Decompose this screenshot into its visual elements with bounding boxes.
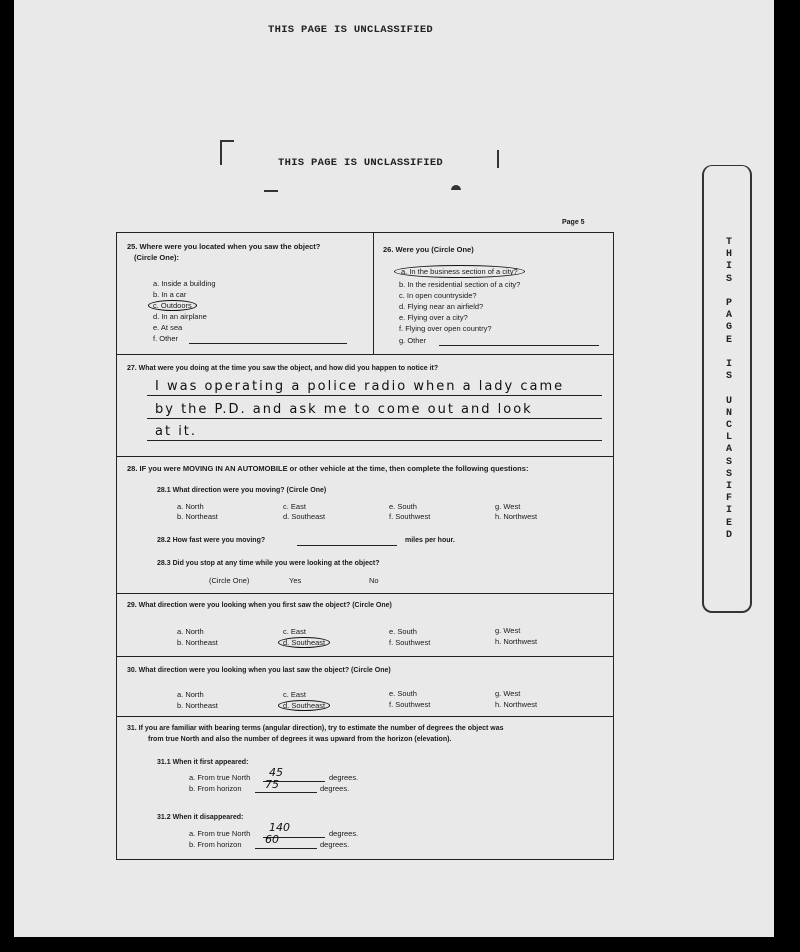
vertical-stamp-letter: P — [722, 298, 736, 310]
q28-3-option-yes[interactable]: Yes — [289, 576, 301, 585]
q25-option-f[interactable]: f. Other — [153, 334, 178, 343]
section-q30: 30. What direction were you looking when… — [117, 657, 613, 717]
scan-border-bottom — [0, 937, 800, 952]
q25-subtitle: (Circle One): — [134, 253, 179, 262]
q26-option-c[interactable]: c. In open countryside? — [399, 291, 477, 300]
q29-title: 29. What direction were you looking when… — [127, 602, 392, 609]
q31-1-north-label: a. From true North — [189, 773, 250, 782]
vertical-stamp-letter: E — [722, 518, 736, 530]
q30-option-g[interactable]: g. West — [495, 689, 520, 698]
scan-artifact — [220, 140, 222, 165]
section-q27: 27. What were you doing at the time you … — [117, 355, 613, 457]
section-q31: 31. If you are familiar with bearing ter… — [117, 717, 613, 859]
q28-1-option-b[interactable]: b. Northeast — [177, 512, 218, 521]
q31-1-horizon-field[interactable] — [255, 792, 317, 793]
q29-option-a[interactable]: a. North — [177, 627, 204, 636]
section-q29: 29. What direction were you looking when… — [117, 594, 613, 657]
q27-answer-line-3: at it. — [155, 424, 197, 439]
q25-option-d[interactable]: d. In an airplane — [153, 312, 207, 321]
q31-1-title: 31.1 When it first appeared: — [157, 759, 248, 766]
q30-option-e[interactable]: e. South — [389, 689, 417, 698]
q27-answer-line-1: I was operating a police radio when a la… — [155, 379, 564, 394]
q25-option-c[interactable]: c. Outdoors — [153, 301, 197, 310]
q26-other-field[interactable] — [439, 345, 599, 346]
q28-1-option-a[interactable]: a. North — [177, 502, 204, 511]
vertical-stamp-letter: L — [722, 432, 736, 444]
q31-2-horizon-label: b. From horizon — [189, 840, 242, 849]
q29-selected-circle: d. Southeast — [278, 637, 330, 648]
vertical-stamp-letter — [722, 347, 736, 359]
q28-3-title: 28.3 Did you stop at any time while you … — [157, 560, 380, 567]
vertical-stamp-letter: I — [722, 261, 736, 273]
q31-1-north-unit: degrees. — [329, 773, 358, 782]
classification-stamp-top: THIS PAGE IS UNCLASSIFIED — [268, 24, 433, 36]
q27-rule-3 — [147, 440, 602, 441]
q31-1-horizon-label: b. From horizon — [189, 784, 242, 793]
q26-option-b[interactable]: b. In the residential section of a city? — [399, 280, 520, 289]
vertical-stamp-letter: S — [722, 274, 736, 286]
q28-2-title: 28.2 How fast were you moving? — [157, 537, 265, 544]
classification-stamp-vertical: THIS PAGE IS UNCLASSIFIED — [722, 237, 736, 542]
q28-2-speed-field[interactable] — [297, 545, 397, 546]
vertical-stamp-letter — [722, 286, 736, 298]
q30-title: 30. What direction were you looking when… — [127, 667, 391, 674]
q28-2-unit: miles per hour. — [405, 537, 455, 544]
q29-option-e[interactable]: e. South — [389, 627, 417, 636]
q28-1-option-f[interactable]: f. Southwest — [389, 512, 430, 521]
q28-1-title: 28.1 What direction were you moving? (Ci… — [157, 487, 326, 494]
q29-option-b[interactable]: b. Northeast — [177, 638, 218, 647]
q28-1-option-c[interactable]: c. East — [283, 502, 306, 511]
q28-1-option-e[interactable]: e. South — [389, 502, 417, 511]
q30-option-a[interactable]: a. North — [177, 690, 204, 699]
vertical-stamp-letter: H — [722, 249, 736, 261]
q26-option-g[interactable]: g. Other — [399, 336, 426, 345]
vertical-stamp-letter: A — [722, 444, 736, 456]
q26-option-a[interactable]: a. In the business section of a city? — [399, 267, 525, 276]
vertical-stamp-letter: A — [722, 310, 736, 322]
q28-3-circle-label: (Circle One) — [209, 576, 249, 585]
q25-other-field[interactable] — [189, 343, 347, 344]
vertical-stamp-letter: I — [722, 359, 736, 371]
vertical-stamp-letter — [722, 383, 736, 395]
vertical-stamp-letter: S — [722, 469, 736, 481]
scan-border-right — [774, 0, 800, 952]
q27-rule-2 — [147, 418, 602, 419]
q31-title-line-2: from true North and also the number of d… — [148, 736, 451, 743]
q30-option-f[interactable]: f. Southwest — [389, 700, 430, 709]
q31-2-horizon-field[interactable] — [255, 848, 317, 849]
scan-artifact — [264, 190, 278, 192]
q25-option-b[interactable]: b. In a car — [153, 290, 186, 299]
q26-selected-circle: a. In the business section of a city? — [394, 265, 525, 278]
q31-1-horizon-value: 75 — [265, 778, 279, 791]
scan-artifact — [497, 150, 499, 168]
q26-option-f[interactable]: f. Flying over open country? — [399, 324, 492, 333]
q28-3-option-no[interactable]: No — [369, 576, 379, 585]
vertical-stamp-letter: I — [722, 505, 736, 517]
vertical-stamp-letter: F — [722, 493, 736, 505]
q27-rule-1 — [147, 395, 602, 396]
section-q28: 28. IF you were MOVING IN AN AUTOMOBILE … — [117, 457, 613, 594]
vertical-stamp-letter: N — [722, 408, 736, 420]
q26-title: 26. Were you (Circle One) — [383, 245, 474, 254]
q31-2-title: 31.2 When it disappeared: — [157, 814, 243, 821]
q31-2-horizon-value: 60 — [265, 833, 279, 846]
q27-title: 27. What were you doing at the time you … — [127, 365, 438, 372]
q28-1-option-d[interactable]: d. Southeast — [283, 512, 325, 521]
q25-option-a[interactable]: a. Inside a building — [153, 279, 216, 288]
q28-1-option-h[interactable]: h. Northwest — [495, 512, 537, 521]
vertical-stamp-letter: T — [722, 237, 736, 249]
vertical-stamp-letter: G — [722, 322, 736, 334]
q28-1-option-g[interactable]: g. West — [495, 502, 520, 511]
q26-option-d[interactable]: d. Flying near an airfield? — [399, 302, 483, 311]
q29-option-g[interactable]: g. West — [495, 626, 520, 635]
q31-title-line-1: 31. If you are familiar with bearing ter… — [127, 725, 504, 732]
q31-2-north-unit: degrees. — [329, 829, 358, 838]
vertical-stamp-letter: D — [722, 530, 736, 542]
q25-option-e[interactable]: e. At sea — [153, 323, 182, 332]
vertical-stamp-letter: S — [722, 457, 736, 469]
vertical-stamp-letter: E — [722, 335, 736, 347]
q25-title: 25. Where were you located when you saw … — [127, 242, 320, 251]
q30-option-c[interactable]: c. East — [283, 690, 306, 699]
section-q25-q26: 25. Where were you located when you saw … — [117, 233, 613, 355]
q26-option-e[interactable]: e. Flying over a city? — [399, 313, 468, 322]
q29-option-c[interactable]: c. East — [283, 627, 306, 636]
q27-answer-line-2: by the P.D. and ask me to come out and l… — [155, 402, 533, 417]
vertical-stamp-letter: I — [722, 481, 736, 493]
vertical-stamp-letter: S — [722, 371, 736, 383]
classification-stamp-second: THIS PAGE IS UNCLASSIFIED — [278, 157, 443, 169]
vertical-stamp-letter: U — [722, 396, 736, 408]
questionnaire-form: 25. Where were you located when you saw … — [116, 232, 614, 860]
q30-option-b[interactable]: b. Northeast — [177, 701, 218, 710]
q30-option-d[interactable]: d. Southeast — [283, 701, 330, 710]
q30-selected-circle: d. Southeast — [278, 700, 330, 711]
column-divider — [373, 233, 374, 355]
q29-option-f[interactable]: f. Southwest — [389, 638, 430, 647]
scan-artifact — [451, 185, 461, 190]
vertical-stamp-letter: C — [722, 420, 736, 432]
q28-title: 28. IF you were MOVING IN AN AUTOMOBILE … — [127, 464, 528, 473]
scan-artifact — [222, 140, 234, 142]
q31-2-north-label: a. From true North — [189, 829, 250, 838]
q29-option-h[interactable]: h. Northwest — [495, 637, 537, 646]
q31-2-horizon-unit: degrees. — [320, 840, 349, 849]
q29-option-d[interactable]: d. Southeast — [283, 638, 330, 647]
q25-selected-circle: c. Outdoors — [148, 300, 197, 311]
q30-option-h[interactable]: h. Northwest — [495, 700, 537, 709]
q31-1-horizon-unit: degrees. — [320, 784, 349, 793]
page-number: Page 5 — [562, 219, 585, 226]
